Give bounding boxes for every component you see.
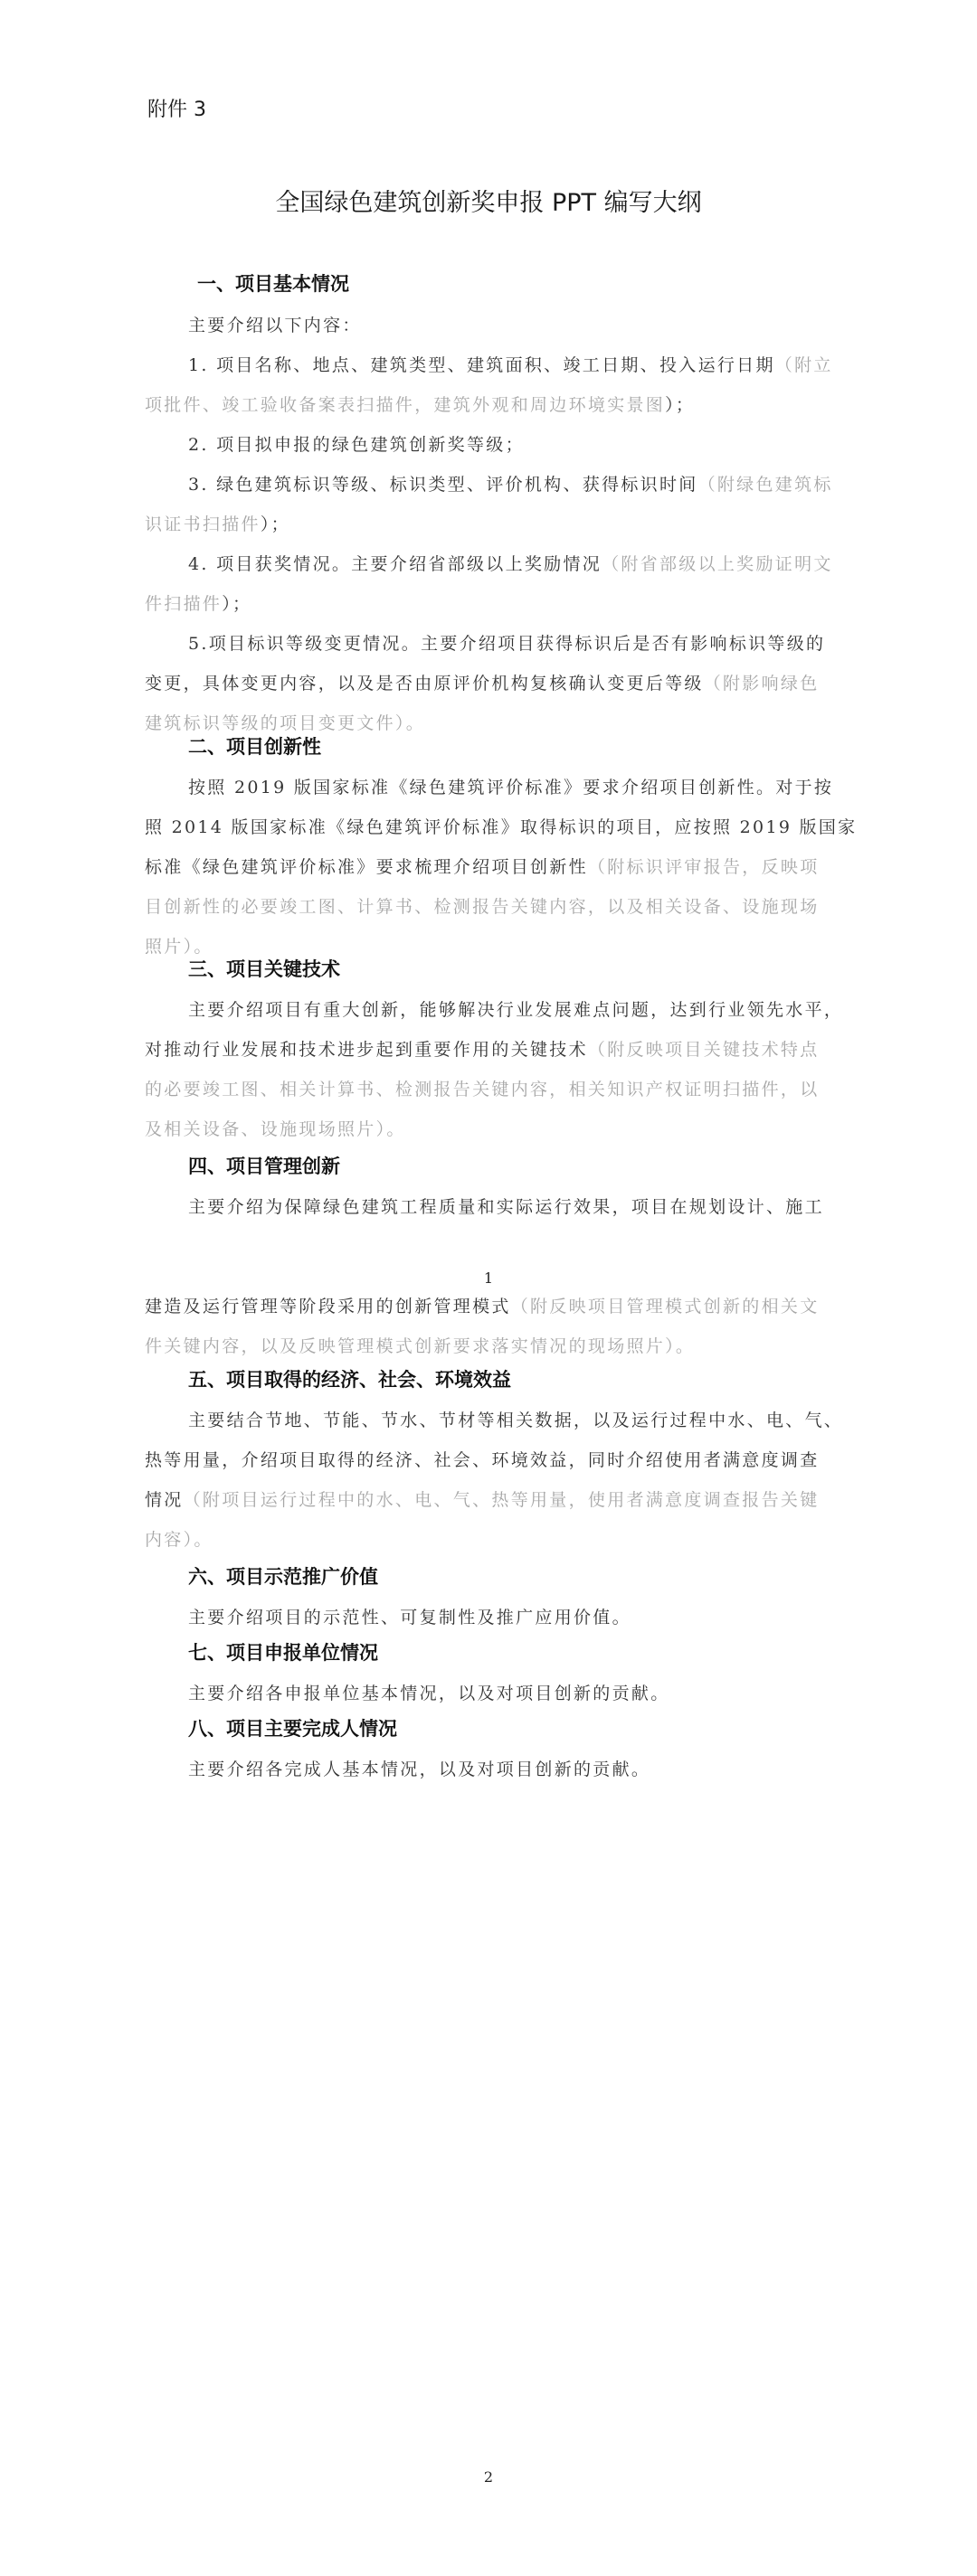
section-heading-7: 七、项目申报单位情况: [188, 1638, 378, 1665]
section-7-line: 主要介绍各申报单位基本情况，以及对项目创新的贡献。: [188, 1680, 670, 1704]
page-number: 1: [0, 1269, 977, 1287]
section-1-line: 建筑标识等级的项目变更文件）。: [145, 710, 425, 734]
section-heading-2: 二、项目创新性: [188, 732, 321, 760]
section-heading-1: 一、项目基本情况: [197, 269, 349, 297]
section-2-line: 照片）。: [145, 933, 213, 958]
section-heading-8: 八、项目主要完成人情况: [188, 1714, 397, 1741]
section-3-line: 及相关设备、设施现场照片）。: [145, 1116, 406, 1140]
section-1-line: 件扫描件）；: [145, 590, 251, 615]
section-1-line: 变更，具体变更内容，以及是否由原评价机构复核确认变更后等级（附影响绿色: [145, 670, 820, 694]
section-5-line: 热等用量，介绍项目取得的经济、社会、环境效益，同时介绍使用者满意度调查: [145, 1447, 820, 1471]
section-2-line: 照 2014 版国家标准《绿色建筑评价标准》取得标识的项目，应按照 2019 版…: [145, 814, 857, 838]
section-1-line: 3. 绿色建筑标识等级、标识类型、评价机构、获得标识时间（附绿色建筑标: [188, 471, 833, 495]
section-heading-5: 五、项目取得的经济、社会、环境效益: [188, 1365, 511, 1392]
section-1-line: 4. 项目获奖情况。主要介绍省部级以上奖励情况（附省部级以上奖励证明文: [188, 551, 833, 575]
section-1-line: 2. 项目拟申报的绿色建筑创新奖等级；: [188, 431, 525, 456]
section-1-line: 项批件、竣工验收备案表扫描件，建筑外观和周边环境实景图）；: [145, 392, 695, 416]
section-6-line: 主要介绍项目的示范性、可复制性及推广应用价值。: [188, 1604, 631, 1628]
section-4-line: 件关键内容，以及反映管理模式创新要求落实情况的现场照片）。: [145, 1333, 695, 1357]
section-1-line: 1. 项目名称、地点、建筑类型、建筑面积、竣工日期、投入运行日期（附立: [188, 352, 833, 376]
section-1-line: 5.项目标识等级变更情况。主要介绍项目获得标识后是否有影响标识等级的: [188, 630, 825, 655]
section-1-line: 主要介绍以下内容：: [188, 312, 362, 336]
section-4-line: 建造及运行管理等阶段采用的创新管理模式（附反映项目管理模式创新的相关文: [145, 1293, 820, 1317]
section-3-line: 的必要竣工图、相关计算书、检测报告关键内容，相关知识产权证明扫描件，以: [145, 1076, 820, 1100]
section-2-line: 目创新性的必要竣工图、计算书、检测报告关键内容，以及相关设备、设施现场: [145, 893, 820, 918]
section-4-line: 主要介绍为保障绿色建筑工程质量和实际运行效果，项目在规划设计、施工: [188, 1194, 824, 1218]
section-3-line: 对推动行业发展和技术进步起到重要作用的关键技术（附反映项目关键技术特点: [145, 1036, 820, 1061]
section-8-line: 主要介绍各完成人基本情况，以及对项目创新的贡献。: [188, 1756, 650, 1780]
attachment-label: 附件 3: [147, 94, 206, 122]
section-2-line: 按照 2019 版国家标准《绿色建筑评价标准》要求介绍项目创新性。对于按: [188, 774, 833, 798]
document-title: 全国绿色建筑创新奖申报 PPT 编写大纲: [0, 183, 977, 218]
section-2-line: 标准《绿色建筑评价标准》要求梳理介绍项目创新性（附标识评审报告，反映项: [145, 854, 820, 878]
section-heading-3: 三、项目关键技术: [188, 955, 340, 982]
section-5-line: 内容）。: [145, 1526, 213, 1551]
section-1-line: 识证书扫描件）；: [145, 511, 290, 535]
section-5-line: 主要结合节地、节能、节水、节材等相关数据，以及运行过程中水、电、气、: [188, 1407, 843, 1431]
page-number: 2: [0, 2468, 977, 2486]
section-heading-6: 六、项目示范推广价值: [188, 1562, 378, 1590]
section-5-line: 情况（附项目运行过程中的水、电、气、热等用量，使用者满意度调查报告关键: [145, 1486, 820, 1511]
section-3-line: 主要介绍项目有重大创新，能够解决行业发展难点问题，达到行业领先水平，: [188, 996, 843, 1021]
section-heading-4: 四、项目管理创新: [188, 1152, 340, 1179]
